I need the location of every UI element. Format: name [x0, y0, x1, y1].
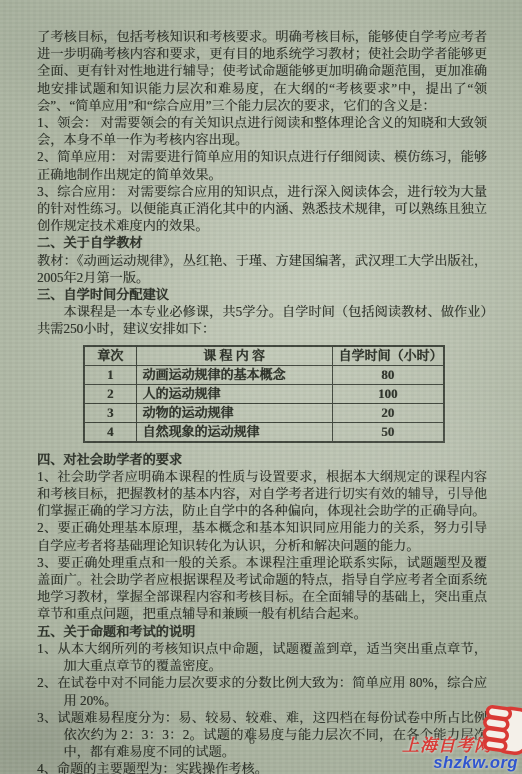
table-row: 4 自然现象的运动规律 50: [84, 422, 444, 442]
cell-chapter: 3: [84, 403, 136, 422]
ability-level-item-comprehensive-application: 3、综合应用： 对需要综合应用的知识点，进行深入阅读体会，进行较为大量的针对性练…: [37, 183, 487, 235]
textbook-info: 教材：《动画运动规律》，丛红艳、于瑾、方建国编著，武汉理工大学出版社，2005年…: [37, 252, 487, 286]
time-allocation-intro: 本课程是一本专业必修课，共5学分。自学时间（包括阅读教材、做作业）共需250小时…: [37, 303, 487, 337]
table-row: 3 动物的运动规律 20: [84, 403, 444, 422]
cell-chapter: 1: [84, 365, 136, 384]
scanned-document-page: 了考核目标，包括考核知识和考核要求。明确考核目标，能够使自学考应考者进一步明确考…: [0, 0, 522, 774]
col-header-hours: 自学时间（小时）: [332, 346, 444, 366]
table-row: 1 动画运动规律的基本概念 80: [84, 365, 444, 384]
col-header-chapter: 章次: [84, 346, 136, 366]
cell-hours: 80: [332, 365, 444, 384]
tutor-requirement-item: 3、要正确处理重点和一般的关系。本课程注重理论联系实际，试题题型及覆盖面广。社会…: [37, 554, 487, 623]
cell-content: 人的运动规律: [136, 384, 332, 403]
section-heading-self-study-material: 二、关于自学教材: [37, 234, 487, 251]
study-time-table: 章次 课 程 内 容 自学时间（小时） 1 动画运动规律的基本概念 80 2 人…: [83, 345, 445, 443]
page-number: 6: [249, 733, 255, 748]
intro-paragraph: 了考核目标，包括考核知识和考核要求。明确考核目标，能够使自学考应考者进一步明确考…: [37, 28, 487, 114]
section-heading-tutor-requirements: 四、对社会助学者的要求: [37, 451, 487, 468]
section-heading-exam-notes: 五、关于命题和考试的说明: [37, 623, 487, 640]
document-content: 了考核目标，包括考核知识和考核要求。明确考核目标，能够使自学考应考者进一步明确考…: [37, 28, 487, 774]
fist-icon: [482, 705, 522, 755]
ability-level-item-simple-application: 2、简单应用： 对需要进行简单应用的知识点进行仔细阅读、模仿练习，能够正确地制作…: [37, 148, 487, 182]
cell-hours: 50: [332, 422, 444, 442]
col-header-content: 课 程 内 容: [136, 346, 332, 366]
watermark: 上海自考网 shzkw.org: [356, 737, 522, 772]
exam-note-item: 2、在试卷中对不同能力层次要求的分数比例大致为：简单应用 80%，综合应用 20…: [37, 674, 487, 708]
table-row: 2 人的运动规律 100: [84, 384, 444, 403]
cell-content: 动画运动规律的基本概念: [136, 365, 332, 384]
watermark-site-url: shzkw.org: [356, 755, 522, 772]
table-header-row: 章次 课 程 内 容 自学时间（小时）: [84, 346, 444, 366]
cell-hours: 100: [332, 384, 444, 403]
cell-content: 自然现象的运动规律: [136, 422, 332, 442]
cell-chapter: 2: [84, 384, 136, 403]
tutor-requirement-item: 2、要正确处理基本原理，基本概念和基本知识同应用能力的关系，努力引导自学应考者将…: [37, 519, 487, 553]
section-heading-time-allocation: 三、自学时间分配建议: [37, 286, 487, 303]
cell-chapter: 4: [84, 422, 136, 442]
exam-note-item: 1、从本大纲所列的考核知识点中命题，试题覆盖到章，适当突出重点章节，加大重点章节…: [37, 640, 487, 674]
tutor-requirement-item: 1、社会助学者应明确本课程的性质与设置要求，根据本大纲规定的课程内容和考核目标，…: [37, 468, 487, 520]
ability-level-item-linghui: 1、领会： 对需要领会的有关知识点进行阅读和整体理论含义的知晓和大致领会，本身不…: [37, 114, 487, 148]
cell-content: 动物的运动规律: [136, 403, 332, 422]
cell-hours: 20: [332, 403, 444, 422]
